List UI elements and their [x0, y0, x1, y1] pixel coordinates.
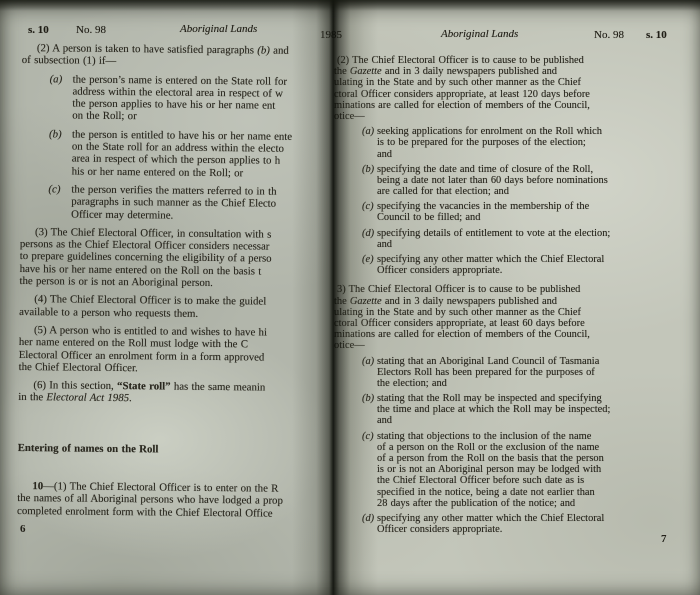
text-line: otice—	[334, 111, 670, 122]
text-line: being a date not later than 60 days befo…	[377, 175, 670, 186]
list-item: (d)specifying details of entitlement to …	[334, 228, 670, 250]
text-line: of subsection (1) if—	[22, 54, 352, 70]
text-line: Entering of names on the Roll	[18, 442, 348, 458]
item-label: (c)	[362, 201, 374, 212]
text-line: and	[377, 239, 670, 250]
left-page-number: 6	[20, 523, 26, 535]
right-page-text: (2) The Chief Electoral Officer is to ca…	[334, 47, 670, 547]
text-line: minations are called for election of mem…	[334, 329, 670, 340]
paragraph: (6) In this section, “State roll” has th…	[18, 379, 348, 407]
text-line: the Gazette and in 3 daily newspapers pu…	[334, 66, 670, 77]
text-line: completed enrolment form with the Chief …	[17, 505, 347, 521]
paragraph: (4) The Chief Electoral Officer is to ma…	[19, 293, 349, 321]
list-item: (a)stating that an Aboriginal Land Counc…	[334, 356, 670, 390]
text-line: the Gazette and in 3 daily newspapers pu…	[334, 296, 670, 307]
text-line: and	[377, 149, 670, 160]
text-line: specified in the notice, being a date no…	[377, 487, 670, 498]
text-line: the Chief Electoral Officer.	[19, 361, 349, 377]
item-label: (a)	[50, 73, 63, 85]
text-line: Officer considers appropriate.	[377, 524, 670, 535]
text-line: of a person from the Roll on the basis t…	[377, 453, 670, 464]
item-label: (b)	[362, 164, 374, 175]
text-line: the Chief Electoral Officer before such …	[377, 475, 670, 486]
paragraph: 3) The Chief Electoral Officer is to cau…	[334, 284, 670, 351]
text-line: is or is not an Aboriginal person may be…	[377, 464, 670, 475]
text-line: otice—	[334, 340, 670, 351]
list-item: (e)specifying any other matter which the…	[334, 254, 670, 276]
right-page-number: 7	[661, 533, 667, 545]
text-line: seeking applications for enrolment on th…	[377, 126, 670, 137]
paragraph: (2) A person is taken to have satisfied …	[22, 42, 352, 70]
item-label: (b)	[362, 393, 374, 404]
list-item: (a)seeking applications for enrolment on…	[334, 126, 670, 160]
text-line: (2) The Chief Electoral Officer is to ca…	[334, 55, 670, 66]
list-item: (b)specifying the date and time of closu…	[334, 164, 670, 198]
text-line: Officer considers appropriate.	[377, 265, 670, 276]
left-header-number: No. 98	[76, 24, 106, 36]
text-line: of a person on the Roll or the exclusion…	[377, 442, 670, 453]
item-label: (d)	[362, 228, 374, 239]
text-line: stating that the Roll may be inspected a…	[377, 393, 670, 404]
list-item: (b)the person is entitled to have his or…	[21, 128, 351, 181]
text-line: 3) The Chief Electoral Officer is to cau…	[334, 284, 670, 295]
text-line: specifying the date and time of closure …	[377, 164, 670, 175]
text-line: his or her name entered on the Roll; or	[72, 165, 351, 180]
right-header-number: No. 98	[594, 29, 624, 41]
paragraph: (2) The Chief Electoral Officer is to ca…	[334, 55, 670, 122]
paragraph: (5) A person who is entitled to and wish…	[19, 324, 349, 377]
paragraph: (3) The Chief Electoral Officer, in cons…	[19, 226, 350, 291]
list-item: (b)stating that the Roll may be inspecte…	[334, 393, 670, 427]
left-header-section: s. 10	[28, 24, 49, 36]
text-line: specifying any other matter which the Ch…	[377, 513, 670, 524]
text-line: Electors Roll has been prepared for the …	[377, 367, 670, 378]
text-line: on the Roll; or	[72, 110, 351, 125]
list-item: (d)specifying any other matter which the…	[334, 513, 670, 535]
text-line: ulating in the State and by such other m…	[334, 77, 670, 88]
text-line: the time and place at which the Roll may…	[377, 404, 670, 415]
text-line: ulating in the State and by such other m…	[334, 307, 670, 318]
text-line: Officer may determine.	[71, 208, 350, 223]
item-label: (c)	[48, 183, 60, 195]
right-header-section: s. 10	[646, 29, 667, 41]
text-line: available to a person who requests them.	[19, 306, 349, 322]
list-item: (a)the person’s name is entered on the S…	[21, 73, 351, 126]
text-line: and	[377, 415, 670, 426]
left-page-text: (2) A person is taken to have satisfied …	[17, 42, 352, 525]
list-item: (c)the person verifies the matters refer…	[20, 183, 350, 223]
text-line: ctoral Officer considers appropriate, at…	[334, 89, 670, 100]
item-label: (c)	[362, 431, 374, 442]
list-item: (c)specifying the vacancies in the membe…	[334, 201, 670, 223]
text-line: specifying details of entitlement to vot…	[377, 228, 670, 239]
text-line: ctoral Officer considers appropriate, at…	[334, 318, 670, 329]
item-label: (a)	[362, 126, 374, 137]
text-line: the election; and	[377, 378, 670, 389]
text-line: are called for that election; and	[377, 186, 670, 197]
list-item: (c)stating that objections to the inclus…	[334, 431, 670, 509]
book-spread-photo: s. 10 No. 98 Aboriginal Lands 1985 Abori…	[0, 0, 700, 595]
right-header-year: 1985	[320, 29, 342, 41]
text-line: the person is or is not an Aboriginal pe…	[19, 275, 349, 291]
text-line: Council to be filled; and	[377, 212, 670, 223]
text-line: specifying any other matter which the Ch…	[377, 254, 670, 265]
text-line: stating that an Aboriginal Land Council …	[377, 356, 670, 367]
item-label: (b)	[49, 128, 62, 140]
item-label: (a)	[362, 356, 374, 367]
text-line: in the Electoral Act 1985.	[18, 391, 348, 407]
left-header-title: Aboriginal Lands	[180, 23, 257, 35]
section-heading: Entering of names on the Roll	[18, 442, 348, 458]
right-header-title: Aboriginal Lands	[441, 28, 518, 40]
item-label: (d)	[362, 513, 374, 524]
text-line: specifying the vacancies in the membersh…	[377, 201, 670, 212]
text-line: is to be prepared for the purposes of th…	[377, 137, 670, 148]
item-label: (e)	[362, 254, 374, 265]
text-line: minations are called for election of mem…	[334, 100, 670, 111]
text-line: 28 days after the publication of the not…	[377, 498, 670, 509]
paragraph: 10—(1) The Chief Electoral Officer is to…	[17, 480, 347, 520]
text-line: stating that objections to the inclusion…	[377, 431, 670, 442]
